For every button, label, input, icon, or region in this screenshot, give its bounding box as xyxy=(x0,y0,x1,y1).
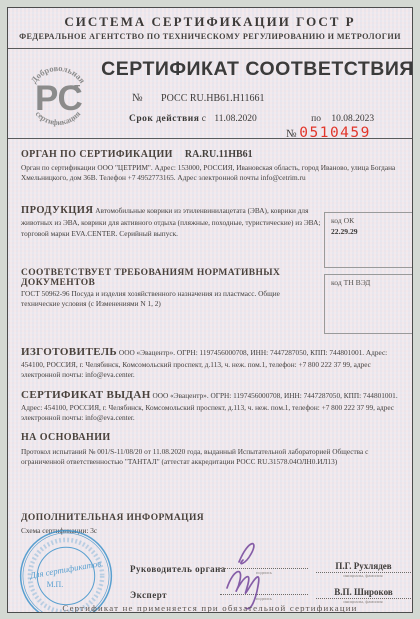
from-label: с xyxy=(202,114,206,124)
issued-to-label: СЕРТИФИКАТ ВЫДАН xyxy=(21,389,151,401)
section-issued-to: СЕРТИФИКАТ ВЫДАН ООО «Эвацентр». ОГРН: 1… xyxy=(21,388,403,423)
valid-to-date: 10.08.2023 xyxy=(331,114,374,124)
compliance-label: СООТВЕТСТВУЕТ ТРЕБОВАНИЯМ НОРМАТИВНЫХ ДО… xyxy=(21,268,321,288)
validity-label: Срок действия xyxy=(129,114,199,124)
stamp-mp-text: М.П. xyxy=(47,580,64,589)
rst-logo-icon: Добровольная сертификация РС т xyxy=(19,58,97,138)
code-tnved-label: код ТН ВЭД xyxy=(331,278,407,287)
stamp-center-text: Для сертификатов xyxy=(28,558,102,581)
signature-scribble xyxy=(213,536,303,613)
head-name-caption: инициалы, фамилия xyxy=(319,573,407,578)
valid-from-date: 11.08.2020 xyxy=(214,114,256,124)
head-name: П.Г. Рухлядев xyxy=(316,561,411,573)
certificate-page: СИСТЕМА СЕРТИФИКАЦИИ ГОСТ Р ФЕДЕРАЛЬНОЕ … xyxy=(0,0,420,619)
code-ok-box: код ОК 22.29.29 xyxy=(324,212,413,268)
compliance-text: ГОСТ 50962-96 Посуда и изделия хозяйстве… xyxy=(21,289,311,309)
section-basis: НА ОСНОВАНИИ Протокол испытаний № 001/S-… xyxy=(21,432,401,467)
code-ok-label: код ОК xyxy=(331,216,407,225)
to-label: по xyxy=(311,114,321,124)
footer-note: Сертификат не применяется при обязательн… xyxy=(8,603,412,613)
certificate-number: РОСС RU.НВ61.Н11661 xyxy=(161,93,265,104)
additional-label: ДОПОЛНИТЕЛЬНАЯ ИНФОРМАЦИЯ xyxy=(21,513,401,523)
logo-monogram-small: т xyxy=(74,80,80,95)
certificate-header: СИСТЕМА СЕРТИФИКАЦИИ ГОСТ Р ФЕДЕРАЛЬНОЕ … xyxy=(8,8,412,49)
expert-name: В.П. Широков xyxy=(316,587,411,599)
section-org: ОРГАН ПО СЕРТИФИКАЦИИ RA.RU.11НВ61 Орган… xyxy=(21,144,401,183)
org-code: RA.RU.11НВ61 xyxy=(185,149,253,160)
section-compliance: СООТВЕТСТВУЕТ ТРЕБОВАНИЯМ НОРМАТИВНЫХ ДО… xyxy=(21,268,321,309)
product-label: ПРОДУКЦИЯ xyxy=(21,205,93,216)
head-role-label: Руководитель органа xyxy=(130,564,226,574)
code-tnved-box: код ТН ВЭД xyxy=(324,274,413,334)
number-sign: № xyxy=(132,92,143,104)
code-ok-value: 22.29.29 xyxy=(331,227,407,236)
certificate-title: СЕРТИФИКАТ СООТВЕТСТВИЯ xyxy=(100,58,413,81)
certificate: СИСТЕМА СЕРТИФИКАЦИИ ГОСТ Р ФЕДЕРАЛЬНОЕ … xyxy=(7,7,413,613)
section-manufacturer: ИЗГОТОВИТЕЛЬ ООО «Эвацентр». ОГРН: 11974… xyxy=(21,345,403,380)
basis-label: НА ОСНОВАНИИ xyxy=(21,432,401,443)
org-text: Орган по сертификации ООО "ЦЕТРИМ". Адре… xyxy=(21,163,401,183)
system-title: СИСТЕМА СЕРТИФИКАЦИИ ГОСТ Р xyxy=(8,14,412,30)
org-label: ОРГАН ПО СЕРТИФИКАЦИИ xyxy=(21,149,173,160)
section-product: ПРОДУКЦИЯ Автомобильные коврики из этиле… xyxy=(21,204,321,239)
certificate-number-row: № РОСС RU.НВ61.Н11661 xyxy=(132,92,265,104)
header-divider xyxy=(8,138,412,139)
manufacturer-label: ИЗГОТОВИТЕЛЬ xyxy=(21,346,117,358)
validity-row: Срок действия с 11.08.2020 по 10.08.2023 xyxy=(129,114,374,124)
expert-role-label: Эксперт xyxy=(130,590,167,600)
round-stamp: Для сертификатов М.П. xyxy=(12,526,120,613)
basis-text: Протокол испытаний № 001/S-11/08/20 от 1… xyxy=(21,447,393,467)
agency-title: ФЕДЕРАЛЬНОЕ АГЕНТСТВО ПО ТЕХНИЧЕСКОМУ РЕ… xyxy=(8,32,412,41)
